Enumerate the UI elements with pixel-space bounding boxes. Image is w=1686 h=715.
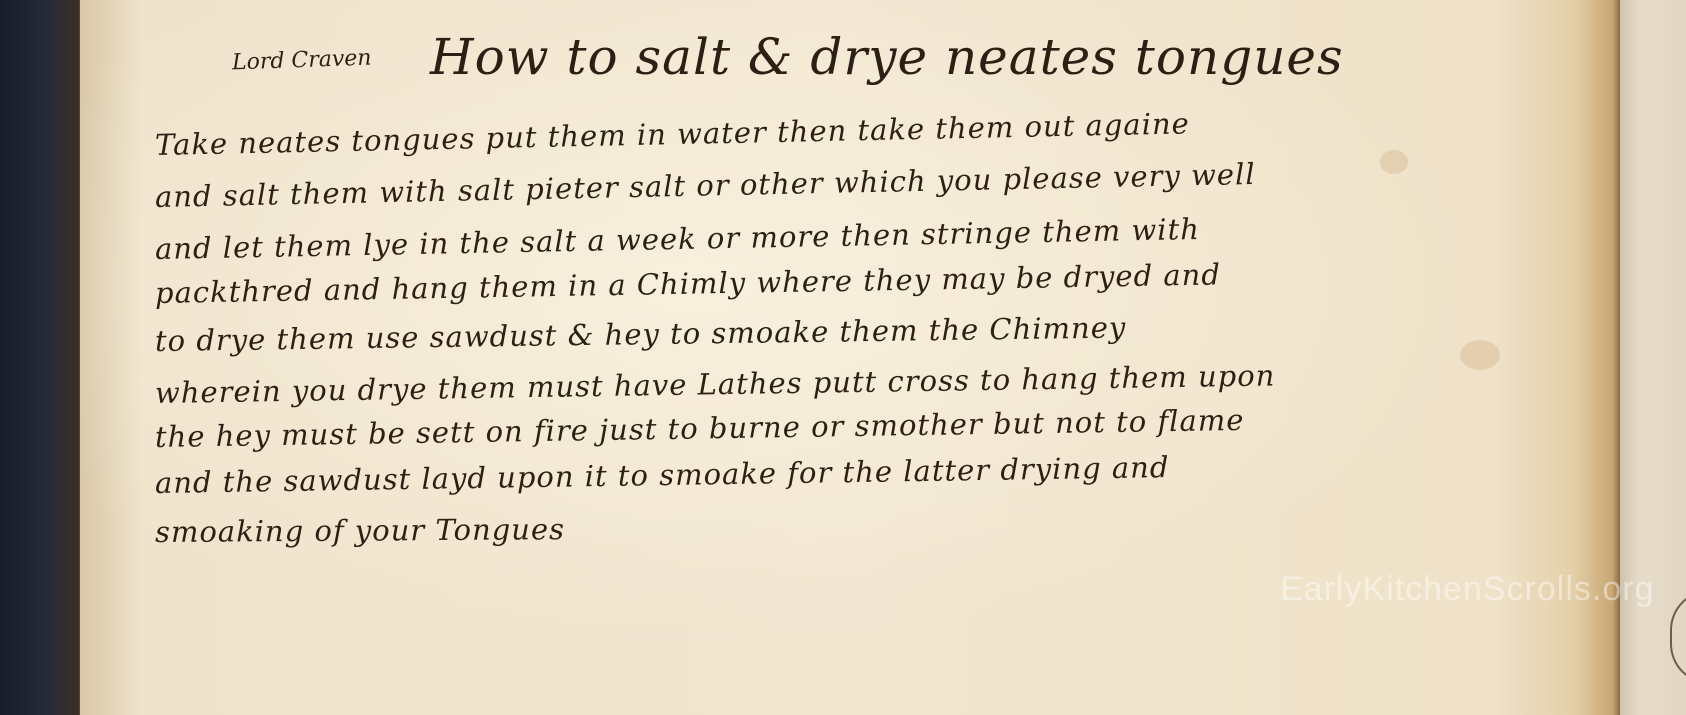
foxing-stain	[1460, 340, 1500, 370]
watermark: EarlyKitchenScrolls.org	[1280, 570, 1654, 609]
marginal-note: Lord Craven	[232, 46, 372, 76]
text-line: smoaking of your Tongues	[155, 512, 565, 549]
book-binding	[0, 0, 80, 715]
ink-flourish	[1670, 590, 1686, 684]
foxing-stain	[1380, 150, 1408, 174]
recipe-title: How to salt & drye neates tongues	[430, 28, 1344, 86]
